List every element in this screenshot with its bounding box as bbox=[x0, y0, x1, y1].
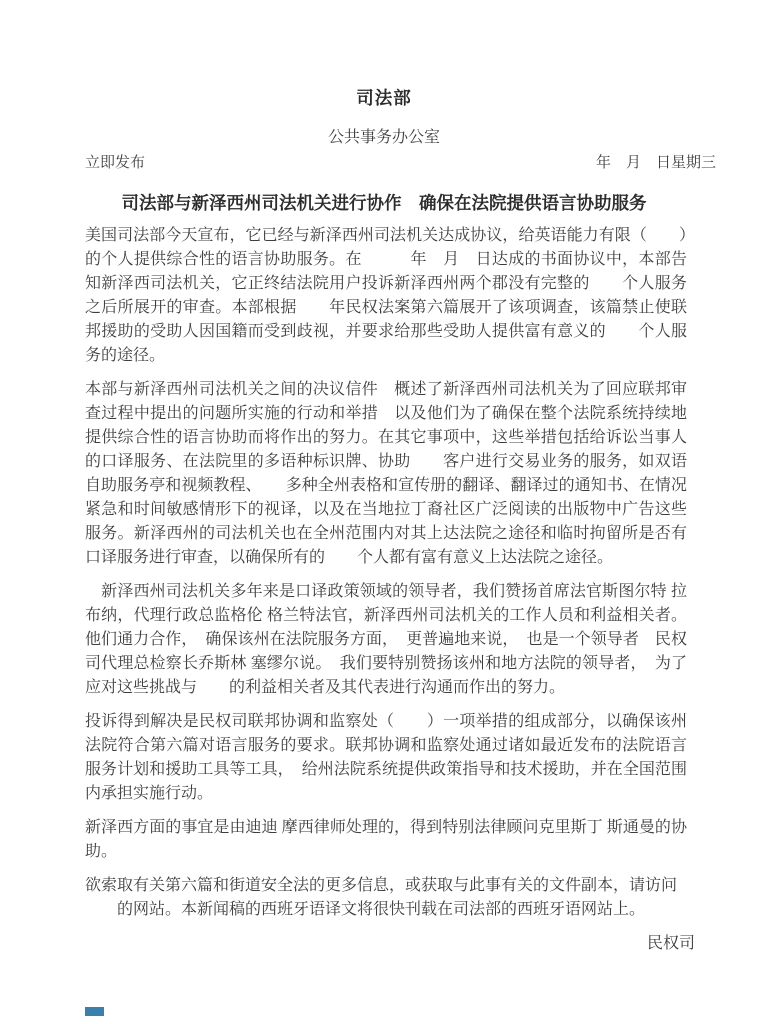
headline: 司法部与新泽西州司法机关进行协作 确保在法院提供语言协助服务 bbox=[40, 190, 728, 216]
paragraph-announcement: 美国司法部今天宣布，它已经与新泽西州司法机关达成协议，给英语能力有限（ ）的个人… bbox=[85, 224, 687, 368]
paragraph-resolution-letter: 本部与新泽西州司法机关之间的决议信件 概述了新泽西州司法机关为了回应联邦审查过程… bbox=[85, 378, 687, 570]
paragraph-attorneys: 新泽西方面的事宜是由迪迪 摩西律师处理的，得到特别法律顾问克里斯丁 斯通曼的协助… bbox=[85, 816, 687, 864]
page-marker bbox=[85, 1007, 104, 1016]
date-label: 年 月 日星期三 bbox=[596, 152, 716, 174]
closing-line-1: 欲索取有关第六篇和街道安全法的更多信息，或获取与此事有关的文件副本，请访问 bbox=[85, 874, 687, 898]
paragraph-closing: 欲索取有关第六篇和街道安全法的更多信息，或获取与此事有关的文件副本，请访问 的网… bbox=[85, 874, 687, 922]
paragraph-quote: 新泽西州司法机关多年来是口译政策领域的领导者，我们赞扬首席法官斯图尔特 拉布纳，… bbox=[85, 580, 687, 700]
agency-title: 司法部 bbox=[0, 0, 768, 110]
signature: 民权司 bbox=[85, 932, 695, 956]
release-row: 立即发布 年 月 日星期三 bbox=[85, 152, 716, 174]
paragraph-complaint-resolution: 投诉得到解决是民权司联邦协调和监察处（ ）一项举措的组成部分，以确保该州法院符合… bbox=[85, 710, 687, 806]
release-label: 立即发布 bbox=[85, 152, 145, 174]
closing-line-2: 的网站。本新闻稿的西班牙语译文将很快刊载在司法部的西班牙语网站上。 bbox=[85, 898, 687, 922]
document-body: 美国司法部今天宣布，它已经与新泽西州司法机关达成协议，给英语能力有限（ ）的个人… bbox=[85, 224, 687, 922]
office-subtitle: 公共事务办公室 bbox=[0, 126, 768, 150]
document-page: 司法部 公共事务办公室 立即发布 年 月 日星期三 司法部与新泽西州司法机关进行… bbox=[0, 0, 768, 1024]
